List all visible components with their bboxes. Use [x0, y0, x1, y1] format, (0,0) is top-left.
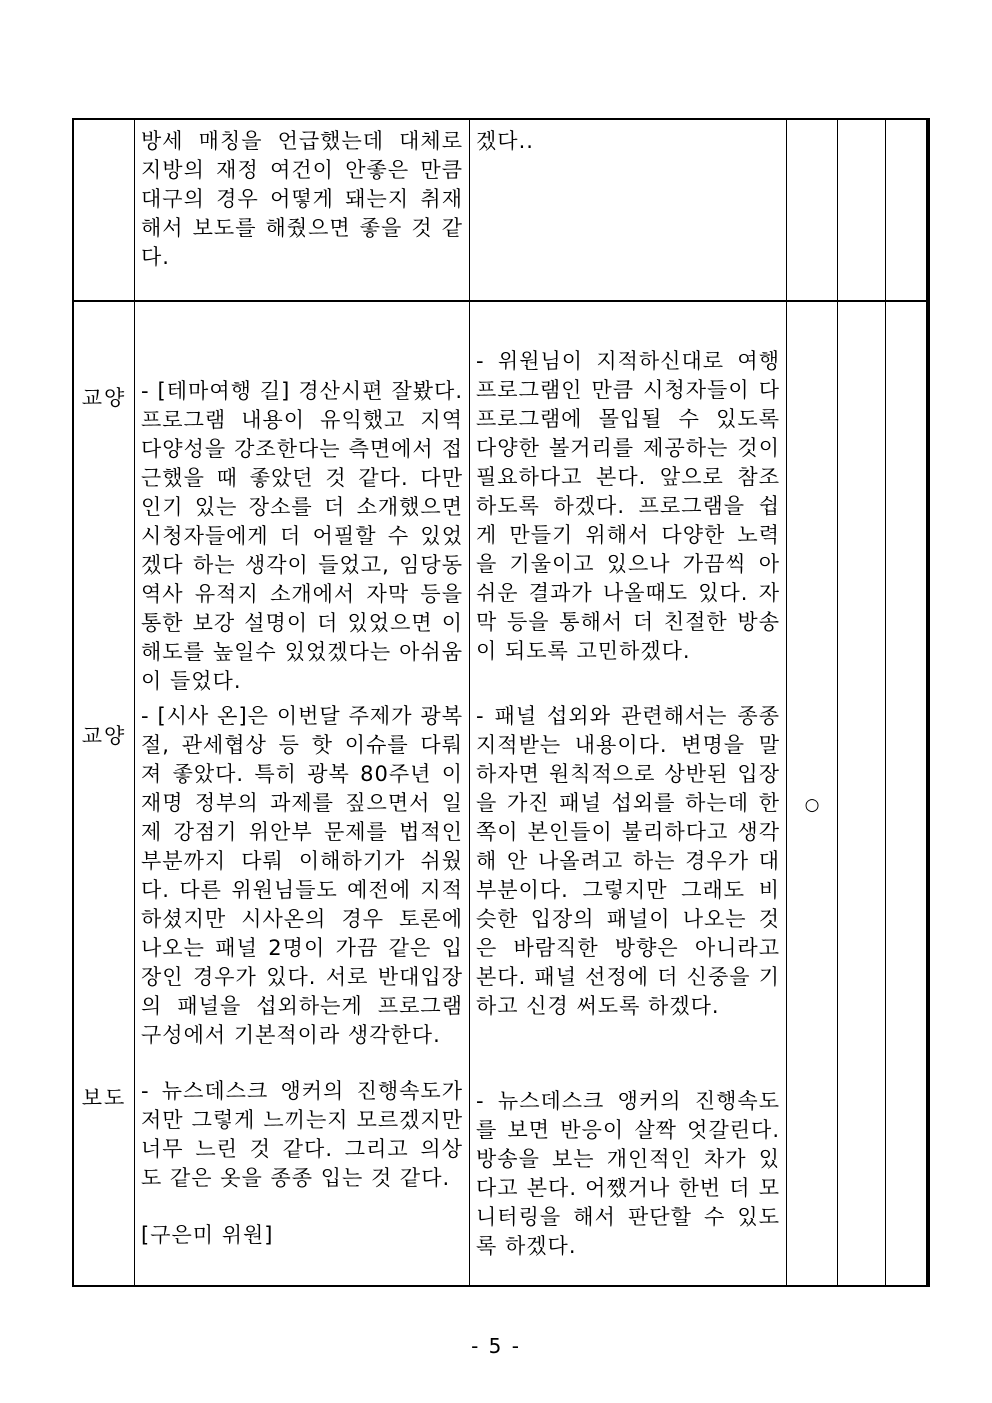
response-column: - 위원님이 지적하신대로 여행 프로그램인 만큼 시청자들이 다 프로그램에 … [469, 300, 786, 1285]
comment-block-sisa-on: - [시사 온]은 이번달 주제가 광복절, 관세협상 등 핫 이슈를 다뤄져 … [135, 702, 469, 1050]
comment-text: - [테마여행 길] 경산시편 잘봤다. 프로그램 내용이 유익했고 지역 다양… [135, 377, 469, 696]
comment-text: - 뉴스데스크 앵커의 진행속도가 저만 그렇게 느끼는지 모르겠지만 너무 느… [135, 1077, 469, 1193]
comment-column: - [테마여행 길] 경산시편 잘봤다. 프로그램 내용이 유익했고 지역 다양… [134, 300, 469, 1285]
comment-block-thema-travel: - [테마여행 길] 경산시편 잘봤다. 프로그램 내용이 유익했고 지역 다양… [135, 377, 469, 696]
page-number: - 5 - [0, 1334, 992, 1358]
mark-cell-3-carryover [885, 120, 926, 300]
category-column: 교양 교양 보도 [74, 300, 134, 1285]
mark-cell-2-carryover [837, 120, 885, 300]
response-block-sisa-on: - 패널 섭외와 관련해서는 종종 지적받는 내용이다. 변명을 말하자면 원칙… [470, 702, 786, 1021]
category-label-gyoyang-1: 교양 [74, 382, 134, 412]
response-cell-carryover: 겠다.. [469, 120, 786, 300]
category-cell-carryover [74, 120, 134, 300]
category-label-bodo: 보도 [74, 1082, 134, 1112]
review-table: 방세 매칭을 언급했는데 대체로 지방의 재정 여건이 안좋은 만큼 대구의 경… [72, 118, 930, 1287]
mark-column-1: ○ [786, 300, 837, 1285]
mark-column-3 [885, 300, 926, 1285]
comment-author: [구은미 위원] [135, 1221, 469, 1250]
response-block-thema-travel: - 위원님이 지적하신대로 여행 프로그램인 만큼 시청자들이 다 프로그램에 … [470, 347, 786, 666]
comment-cell-carryover: 방세 매칭을 언급했는데 대체로 지방의 재정 여건이 안좋은 만큼 대구의 경… [134, 120, 469, 300]
comment-text: - [시사 온]은 이번달 주제가 광복절, 관세협상 등 핫 이슈를 다뤄져 … [135, 702, 469, 1050]
mark-column-2 [837, 300, 885, 1285]
category-label-gyoyang-2: 교양 [74, 720, 134, 750]
document-page: 방세 매칭을 언급했는데 대체로 지방의 재정 여건이 안좋은 만큼 대구의 경… [0, 0, 992, 1403]
response-text: - 뉴스데스크 앵커의 진행속도를 보면 반응이 살짝 엇갈린다. 방송을 보는… [470, 1087, 786, 1261]
response-text: - 위원님이 지적하신대로 여행 프로그램인 만큼 시청자들이 다 프로그램에 … [470, 347, 786, 666]
circle-mark: ○ [787, 797, 837, 814]
response-block-newsdesk: - 뉴스데스크 앵커의 진행속도를 보면 반응이 살짝 엇갈린다. 방송을 보는… [470, 1087, 786, 1261]
mark-cell-1-carryover [786, 120, 837, 300]
comment-block-newsdesk: - 뉴스데스크 앵커의 진행속도가 저만 그렇게 느끼는지 모르겠지만 너무 느… [135, 1077, 469, 1250]
response-text: - 패널 섭외와 관련해서는 종종 지적받는 내용이다. 변명을 말하자면 원칙… [470, 702, 786, 1021]
response-text: 겠다.. [470, 120, 786, 156]
comment-text: 방세 매칭을 언급했는데 대체로 지방의 재정 여건이 안좋은 만큼 대구의 경… [135, 120, 469, 272]
